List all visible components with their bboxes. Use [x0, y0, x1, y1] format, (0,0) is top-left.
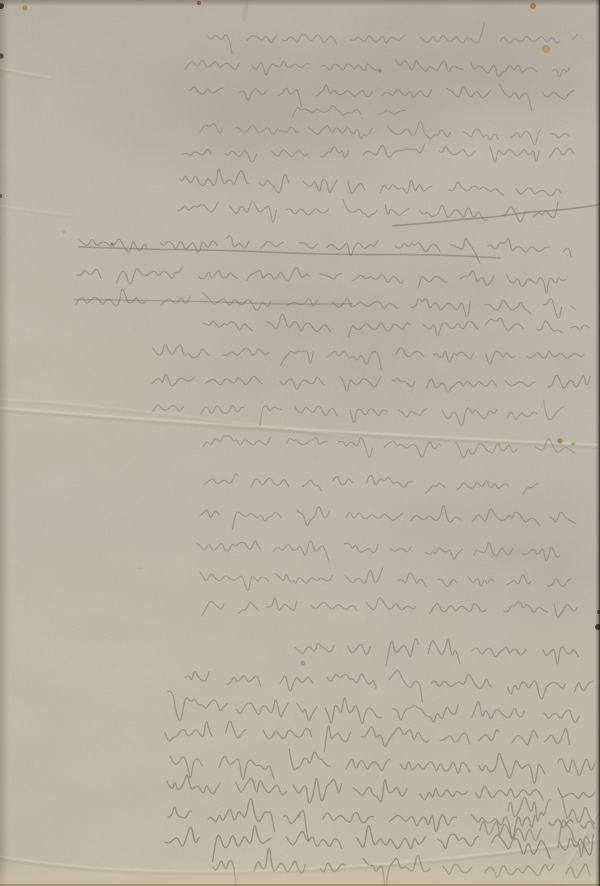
paper-sheet: [0, 0, 600, 886]
manuscript-scan: [0, 0, 600, 886]
